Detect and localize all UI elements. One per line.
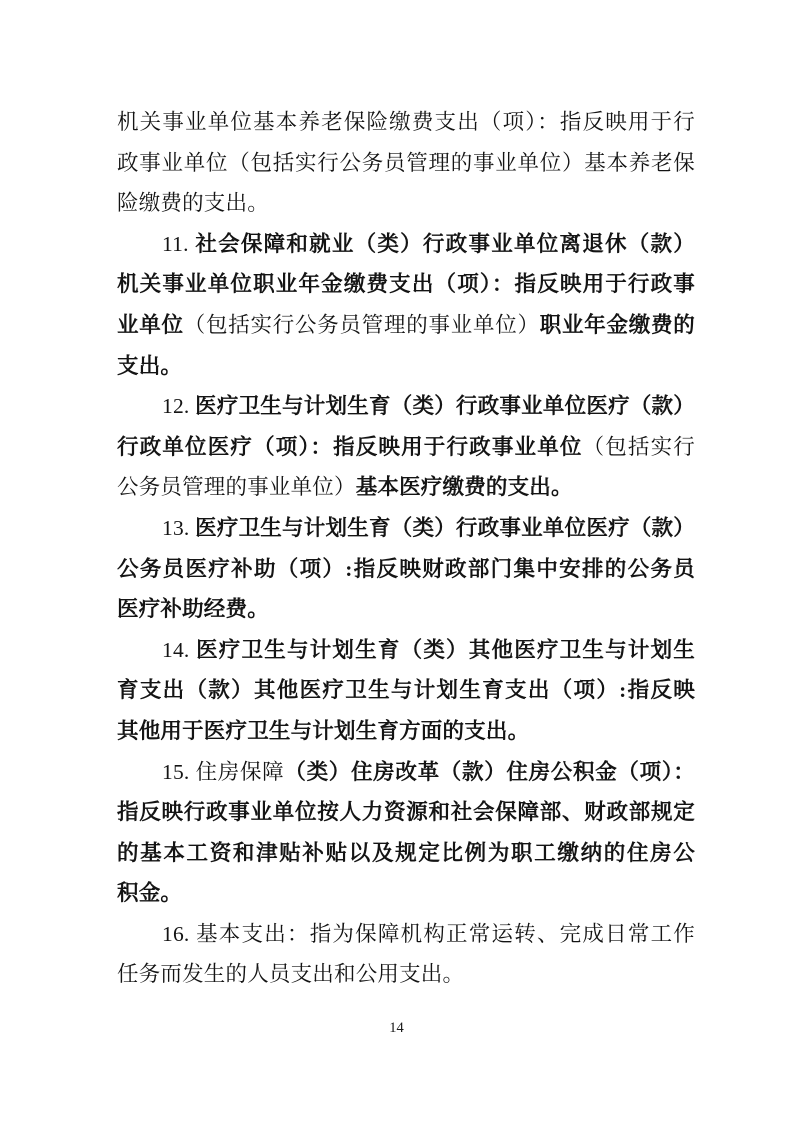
paragraph-item-15-housing-provident-fund: 15. 住房保障（类）住房改革（款）住房公积金（项）：指反映行政事业单位按人力资… [117,752,695,914]
text-segment: 社会保障和就业（类）行政事业单位离退休（款） [195,232,695,256]
text-segment: 育支出（款）其他医疗卫生与计划生育支出（项）:指反映 [117,678,695,702]
text-segment: 其他用于医疗卫生与计划生育方面的支出。 [117,719,529,743]
text-line: 积金。 [117,873,695,914]
text-segment: （包括实行公务员管理的事业单位） [184,313,540,337]
text-segment: 医疗卫生与计划生育（类）行政事业单位医疗（款） [195,394,695,418]
text-line: 政事业单位（包括实行公务员管理的事业单位）基本养老保 [117,143,695,184]
text-line: 公务员管理的事业单位）基本医疗缴费的支出。 [117,467,695,508]
text-segment: 机关事业单位基本养老保险缴费支出（项）：指反映用于行 [117,110,695,134]
page-number-label: 14 [0,1020,793,1037]
text-line: 医疗补助经费。 [117,589,695,630]
text-line: 13. 医疗卫生与计划生育（类）行政事业单位医疗（款） [117,508,695,549]
paragraph-item-13-civil-servant-medical-subsidy: 13. 医疗卫生与计划生育（类）行政事业单位医疗（款）公务员医疗补助（项）:指反… [117,508,695,630]
text-segment: 的基本工资和津贴补贴以及规定比例为职工缴纳的住房公 [117,841,695,865]
paragraph-item-10-continuation-basic-pension-contribution: 机关事业单位基本养老保险缴费支出（项）：指反映用于行政事业单位（包括实行公务员管… [117,102,695,224]
text-segment: 住房保障 [196,760,285,784]
text-segment: 业单位 [117,313,184,337]
text-segment: 12. [162,394,195,418]
text-segment: 行政单位医疗（项）：指反映用于行政事业单位 [117,435,583,459]
text-line: 的基本工资和津贴补贴以及规定比例为职工缴纳的住房公 [117,833,695,874]
text-segment: 医疗卫生与计划生育（类）其他医疗卫生与计划生 [196,638,695,662]
text-line: 机关事业单位基本养老保险缴费支出（项）：指反映用于行 [117,102,695,143]
text-line: 任务而发生的人员支出和公用支出。 [117,954,695,995]
text-line: 14. 医疗卫生与计划生育（类）其他医疗卫生与计划生 [117,630,695,671]
text-segment: 15. [162,760,196,784]
text-segment: 13. [162,516,195,540]
text-segment: 14. [162,638,196,662]
text-segment: 机关事业单位职业年金缴费支出（项）：指反映用于行政事 [117,272,695,296]
text-line: 育支出（款）其他医疗卫生与计划生育支出（项）:指反映 [117,670,695,711]
text-segment: 险缴费的支出。 [117,191,269,215]
text-segment: 公务员医疗补助（项）:指反映财政部门集中安排的公务员 [117,557,695,581]
text-line: 12. 医疗卫生与计划生育（类）行政事业单位医疗（款） [117,386,695,427]
text-segment: 政事业单位（包括实行公务员管理的事业单位）基本养老保 [117,151,695,175]
document-sheet: 机关事业单位基本养老保险缴费支出（项）：指反映用于行政事业单位（包括实行公务员管… [0,0,793,1122]
text-line: 其他用于医疗卫生与计划生育方面的支出。 [117,711,695,752]
text-segment: 职业年金缴费的 [540,313,695,337]
text-line: 业单位（包括实行公务员管理的事业单位）职业年金缴费的 [117,305,695,346]
text-segment: 基本支出：指为保障机构正常运转、完成日常工作 [196,922,695,946]
text-segment: 基本医疗缴费的支出。 [356,475,573,499]
text-segment: 公务员管理的事业单位） [117,475,356,499]
text-line: 支出。 [117,346,695,387]
text-segment: 任务而发生的人员支出和公用支出。 [117,962,464,986]
text-segment: 医疗卫生与计划生育（类）行政事业单位医疗（款） [195,516,695,540]
text-segment: （类）住房改革（款）住房公积金（项）： [284,760,695,784]
text-segment: （包括实行 [583,435,695,459]
text-segment: 医疗补助经费。 [117,597,269,621]
text-line: 15. 住房保障（类）住房改革（款）住房公积金（项）： [117,752,695,793]
text-line: 险缴费的支出。 [117,183,695,224]
text-line: 行政单位医疗（项）：指反映用于行政事业单位（包括实行 [117,427,695,468]
text-line: 指反映行政事业单位按人力资源和社会保障部、财政部规定 [117,792,695,833]
text-block: 机关事业单位基本养老保险缴费支出（项）：指反映用于行政事业单位（包括实行公务员管… [117,102,695,995]
text-segment: 11. [162,232,195,256]
text-segment: 支出。 [117,354,182,378]
text-line: 16. 基本支出：指为保障机构正常运转、完成日常工作 [117,914,695,955]
paragraph-item-11-occupational-annuity: 11. 社会保障和就业（类）行政事业单位离退休（款）机关事业单位职业年金缴费支出… [117,224,695,386]
text-line: 11. 社会保障和就业（类）行政事业单位离退休（款） [117,224,695,265]
paragraph-item-12-administrative-unit-medical: 12. 医疗卫生与计划生育（类）行政事业单位医疗（款）行政单位医疗（项）：指反映… [117,386,695,508]
paragraph-item-16-basic-expenditure: 16. 基本支出：指为保障机构正常运转、完成日常工作任务而发生的人员支出和公用支… [117,914,695,995]
text-line: 机关事业单位职业年金缴费支出（项）：指反映用于行政事 [117,264,695,305]
text-line: 公务员医疗补助（项）:指反映财政部门集中安排的公务员 [117,549,695,590]
text-segment: 指反映行政事业单位按人力资源和社会保障部、财政部规定 [117,800,695,824]
document-page: { "page": { "background": "#ffffff", "te… [0,0,793,1122]
paragraph-item-14-other-health-family-planning: 14. 医疗卫生与计划生育（类）其他医疗卫生与计划生育支出（款）其他医疗卫生与计… [117,630,695,752]
text-segment: 16. [162,922,196,946]
text-segment: 积金。 [117,881,182,905]
